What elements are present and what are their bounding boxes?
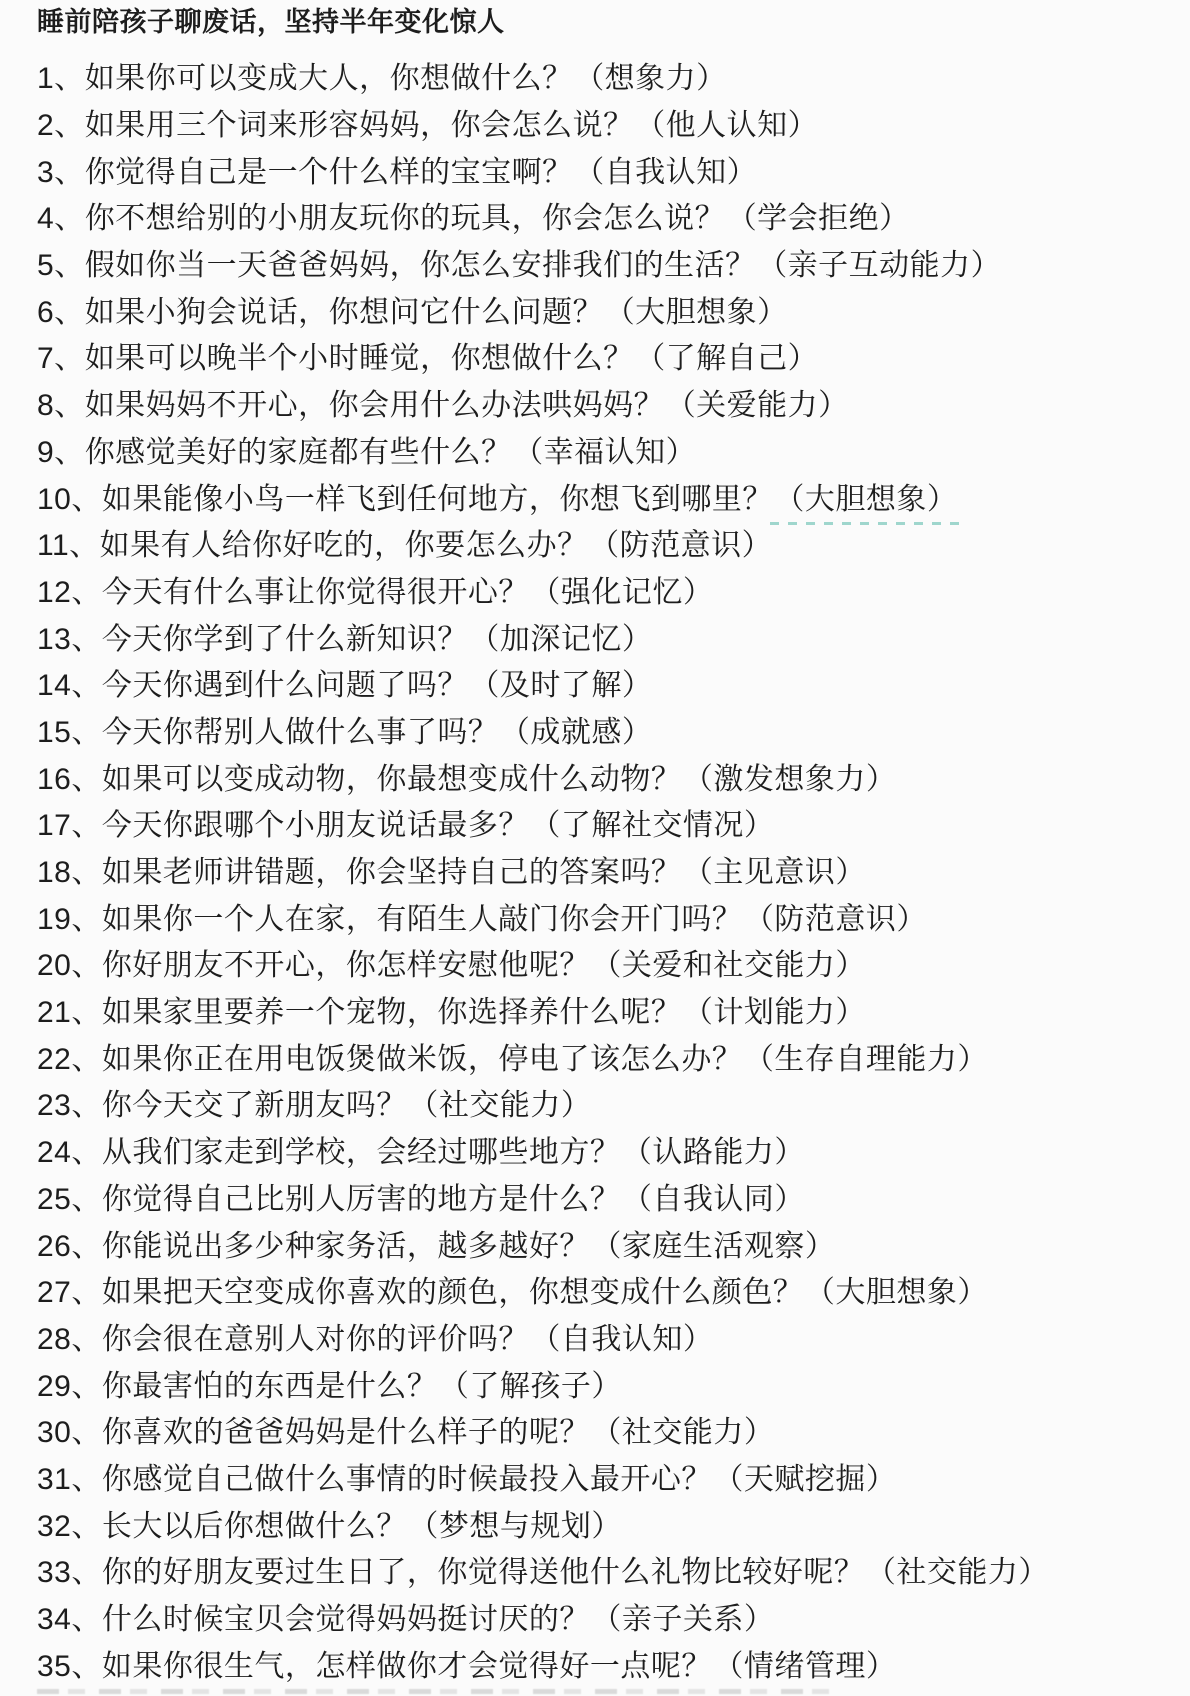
question-number: 24、 (37, 1127, 102, 1171)
question-text: 今天你帮别人做什么事了吗？ (102, 707, 499, 751)
question-text: 你觉得自己比别人厉害的地方是什么？ (102, 1174, 621, 1218)
question-item: 34、什么时候宝贝会觉得妈妈挺讨厌的？（亲子关系） (37, 1593, 1190, 1640)
question-number: 31、 (37, 1454, 102, 1498)
question-category: （及时了解） (469, 660, 652, 704)
question-text: 长大以后你想做什么？ (102, 1501, 407, 1545)
question-item: 29、你最害怕的东西是什么？（了解孩子） (37, 1359, 1190, 1406)
question-item: 5、假如你当一天爸爸妈妈，你怎么安排我们的生活？（亲子互动能力） (37, 239, 1190, 286)
question-number: 14、 (37, 660, 102, 704)
question-category: （强化记忆） (530, 567, 713, 611)
question-item: 14、今天你遇到什么问题了吗？（及时了解） (37, 659, 1190, 706)
question-number: 35、 (37, 1641, 102, 1685)
question-item: 25、你觉得自己比别人厉害的地方是什么？（自我认同） (37, 1173, 1190, 1220)
question-number: 23、 (37, 1080, 102, 1124)
question-number: 4、 (37, 193, 85, 237)
question-number: 25、 (37, 1174, 102, 1218)
question-text: 你好朋友不开心，你怎样安慰他呢？ (102, 940, 590, 984)
question-text: 假如你当一天爸爸妈妈，你怎么安排我们的生活？ (85, 240, 756, 284)
question-number: 12、 (37, 567, 102, 611)
question-number: 6、 (37, 287, 85, 331)
question-text: 你不想给别的小朋友玩你的玩具，你会怎么说？ (85, 193, 726, 237)
question-text: 今天你学到了什么新知识？ (102, 614, 468, 658)
question-category: （社交能力） (408, 1080, 591, 1124)
question-item: 21、如果家里要养一个宠物，你选择养什么呢？（计划能力） (37, 986, 1190, 1033)
question-category: （了解社交情况） (530, 800, 774, 844)
question-item: 32、长大以后你想做什么？（梦想与规划） (37, 1499, 1190, 1546)
question-number: 7、 (37, 333, 85, 377)
question-text: 什么时候宝贝会觉得妈妈挺讨厌的？ (102, 1594, 590, 1638)
question-text: 你最害怕的东西是什么？ (102, 1361, 438, 1405)
question-item: 19、如果你一个人在家，有陌生人敲门你会开门吗？（防范意识） (37, 892, 1190, 939)
question-text: 如果能像小鸟一样飞到任何地方，你想飞到哪里？ (102, 474, 773, 518)
question-number: 10、 (37, 474, 102, 518)
question-item: 20、你好朋友不开心，你怎样安慰他呢？（关爱和社交能力） (37, 939, 1190, 986)
question-category: （了解自己） (635, 333, 818, 377)
question-item: 13、今天你学到了什么新知识？（加深记忆） (37, 612, 1190, 659)
question-number: 13、 (37, 614, 102, 658)
document-page: 睡前陪孩子聊废话，坚持半年变化惊人 1、如果你可以变成大人，你想做什么？（想象力… (0, 0, 1190, 1696)
question-text: 今天有什么事让你觉得很开心？ (102, 567, 529, 611)
question-text: 你觉得自己是一个什么样的宝宝啊？ (85, 147, 573, 191)
question-category: （激发想象力） (683, 754, 897, 798)
question-item: 7、如果可以晚半个小时睡觉，你想做什么？（了解自己） (37, 332, 1190, 379)
question-item: 10、如果能像小鸟一样飞到任何地方，你想飞到哪里？（大胆想象） (37, 472, 1190, 519)
question-number: 11、 (37, 520, 100, 564)
question-number: 9、 (37, 427, 85, 471)
question-category: （学会拒绝） (727, 193, 910, 237)
question-text: 今天你遇到什么问题了吗？ (102, 660, 468, 704)
question-number: 5、 (37, 240, 85, 284)
question-category: （防范意识） (589, 520, 772, 564)
question-item: 22、如果你正在用电饭煲做米饭，停电了该怎么办？（生存自理能力） (37, 1032, 1190, 1079)
question-text: 如果老师讲错题，你会坚持自己的答案吗？ (102, 847, 682, 891)
question-text: 你感觉自己做什么事情的时候最投入最开心？ (102, 1454, 712, 1498)
question-number: 19、 (37, 894, 102, 938)
question-text: 如果小狗会说话，你想问它什么问题？ (85, 287, 604, 331)
question-text: 如果可以晚半个小时睡觉，你想做什么？ (85, 333, 634, 377)
question-number: 27、 (37, 1267, 102, 1311)
clipped-next-line-hint (37, 1689, 837, 1694)
question-text: 从我们家走到学校，会经过哪些地方？ (102, 1127, 621, 1171)
question-item: 2、如果用三个词来形容妈妈，你会怎么说？（他人认知） (37, 99, 1190, 146)
question-item: 1、如果你可以变成大人，你想做什么？（想象力） (37, 52, 1190, 99)
question-item: 17、今天你跟哪个小朋友说话最多？（了解社交情况） (37, 799, 1190, 846)
question-item: 8、如果妈妈不开心，你会用什么办法哄妈妈？（关爱能力） (37, 379, 1190, 426)
question-item: 11、如果有人给你好吃的，你要怎么办？（防范意识） (37, 519, 1190, 566)
question-number: 17、 (37, 800, 102, 844)
question-item: 9、你感觉美好的家庭都有些什么？（幸福认知） (37, 426, 1190, 473)
question-category: （关爱能力） (666, 380, 849, 424)
question-category: （家庭生活观察） (591, 1221, 835, 1265)
question-category: （大胆想象） (605, 287, 788, 331)
question-item: 33、你的好朋友要过生日了，你觉得送他什么礼物比较好呢？（社交能力） (37, 1546, 1190, 1593)
question-category: （自我认知） (530, 1314, 713, 1358)
question-number: 8、 (37, 380, 85, 424)
question-item: 3、你觉得自己是一个什么样的宝宝啊？（自我认知） (37, 145, 1190, 192)
question-category: （认路能力） (622, 1127, 805, 1171)
question-text: 如果妈妈不开心，你会用什么办法哄妈妈？ (85, 380, 665, 424)
question-category: （情绪管理） (713, 1641, 896, 1685)
question-category: （亲子关系） (591, 1594, 774, 1638)
question-category: （梦想与规划） (408, 1501, 622, 1545)
question-text: 如果有人给你好吃的，你要怎么办？ (100, 520, 588, 564)
question-item: 31、你感觉自己做什么事情的时候最投入最开心？（天赋挖掘） (37, 1453, 1190, 1500)
question-number: 33、 (37, 1547, 102, 1591)
question-item: 23、你今天交了新朋友吗？（社交能力） (37, 1079, 1190, 1126)
question-item: 4、你不想给别的小朋友玩你的玩具，你会怎么说？（学会拒绝） (37, 192, 1190, 239)
question-category: （自我认同） (622, 1174, 805, 1218)
question-list: 1、如果你可以变成大人，你想做什么？（想象力）2、如果用三个词来形容妈妈，你会怎… (0, 52, 1190, 1686)
question-item: 24、从我们家走到学校，会经过哪些地方？（认路能力） (37, 1126, 1190, 1173)
question-category: （自我认知） (574, 147, 757, 191)
question-number: 29、 (37, 1361, 102, 1405)
question-category: （计划能力） (683, 987, 866, 1031)
question-category: （关爱和社交能力） (591, 940, 866, 984)
question-text: 你今天交了新朋友吗？ (102, 1080, 407, 1124)
question-text: 你会很在意别人对你的评价吗？ (102, 1314, 529, 1358)
question-text: 如果家里要养一个宠物，你选择养什么呢？ (102, 987, 682, 1031)
question-text: 你的好朋友要过生日了，你觉得送他什么礼物比较好呢？ (102, 1547, 865, 1591)
question-item: 35、如果你很生气，怎样做你才会觉得好一点呢？（情绪管理） (37, 1639, 1190, 1686)
question-number: 21、 (37, 987, 102, 1031)
question-item: 16、如果可以变成动物，你最想变成什么动物？（激发想象力） (37, 752, 1190, 799)
question-number: 20、 (37, 940, 102, 984)
question-category: （大胆想象） (805, 1267, 988, 1311)
question-item: 6、如果小狗会说话，你想问它什么问题？（大胆想象） (37, 285, 1190, 332)
question-category: （社交能力） (591, 1407, 774, 1451)
question-item: 15、今天你帮别人做什么事了吗？（成就感） (37, 706, 1190, 753)
question-text: 如果用三个词来形容妈妈，你会怎么说？ (85, 100, 634, 144)
question-text: 你能说出多少种家务活，越多越好？ (102, 1221, 590, 1265)
question-category: （社交能力） (866, 1547, 1049, 1591)
question-category: （生存自理能力） (744, 1034, 988, 1078)
question-number: 3、 (37, 147, 85, 191)
question-number: 22、 (37, 1034, 102, 1078)
question-text: 你感觉美好的家庭都有些什么？ (85, 427, 512, 471)
question-number: 18、 (37, 847, 102, 891)
question-number: 28、 (37, 1314, 102, 1358)
question-item: 28、你会很在意别人对你的评价吗？（自我认知） (37, 1313, 1190, 1360)
question-text: 如果你一个人在家，有陌生人敲门你会开门吗？ (102, 894, 743, 938)
question-text: 如果把天空变成你喜欢的颜色，你想变成什么颜色？ (102, 1267, 804, 1311)
question-text: 如果你可以变成大人，你想做什么？ (85, 53, 573, 97)
question-category: （加深记忆） (469, 614, 652, 658)
question-category: （想象力） (574, 53, 727, 97)
question-category: （天赋挖掘） (713, 1454, 896, 1498)
question-text: 如果你很生气，怎样做你才会觉得好一点呢？ (102, 1641, 712, 1685)
question-item: 26、你能说出多少种家务活，越多越好？（家庭生活观察） (37, 1219, 1190, 1266)
question-category: （他人认知） (635, 100, 818, 144)
question-item: 12、今天有什么事让你觉得很开心？（强化记忆） (37, 566, 1190, 613)
question-number: 1、 (37, 53, 85, 97)
question-item: 27、如果把天空变成你喜欢的颜色，你想变成什么颜色？（大胆想象） (37, 1266, 1190, 1313)
question-text: 今天你跟哪个小朋友说话最多？ (102, 800, 529, 844)
question-number: 30、 (37, 1407, 102, 1451)
question-category: （亲子互动能力） (757, 240, 1001, 284)
question-category: （幸福认知） (513, 427, 696, 471)
document-title: 睡前陪孩子聊废话，坚持半年变化惊人 (0, 0, 1190, 42)
question-category: （成就感） (500, 707, 653, 751)
question-number: 15、 (37, 707, 102, 751)
question-number: 26、 (37, 1221, 102, 1265)
question-text: 如果可以变成动物，你最想变成什么动物？ (102, 754, 682, 798)
question-item: 30、你喜欢的爸爸妈妈是什么样子的呢？（社交能力） (37, 1406, 1190, 1453)
question-category: （大胆想象） (774, 474, 957, 518)
question-text: 你喜欢的爸爸妈妈是什么样子的呢？ (102, 1407, 590, 1451)
question-number: 2、 (37, 100, 85, 144)
question-number: 16、 (37, 754, 102, 798)
question-text: 如果你正在用电饭煲做米饭，停电了该怎么办？ (102, 1034, 743, 1078)
question-category: （防范意识） (744, 894, 927, 938)
question-item: 18、如果老师讲错题，你会坚持自己的答案吗？（主见意识） (37, 846, 1190, 893)
question-number: 34、 (37, 1594, 102, 1638)
question-number: 32、 (37, 1501, 102, 1545)
question-category: （了解孩子） (439, 1361, 622, 1405)
question-category: （主见意识） (683, 847, 866, 891)
